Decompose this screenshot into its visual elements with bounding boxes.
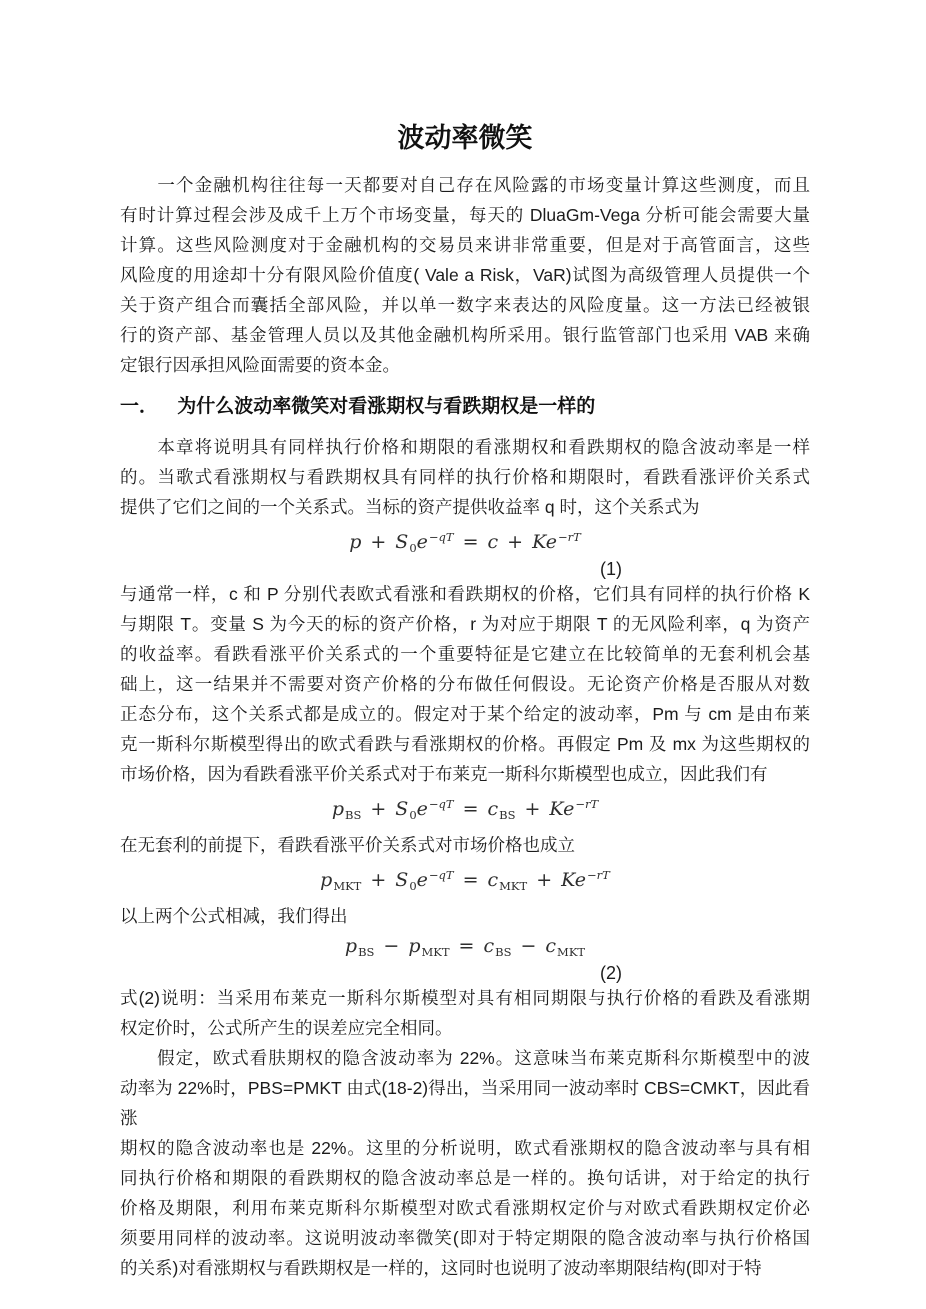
formula-token: + [536, 869, 552, 891]
formula-token: K [532, 531, 546, 553]
formula-token: + [370, 869, 386, 891]
formula-token: e−qT [417, 798, 454, 820]
text-line: 本章将说明具有同样执行价格和期限的看涨期权和看跌期权的隐含波动率是一样 [120, 432, 810, 462]
formula-bs-block: pBS+S0e−qT=cBS+Ke−rT [120, 789, 810, 830]
formula-1-expression: p+S0e−qT=c+Ke−rT [120, 522, 810, 563]
formula-2-block: pBS−pMKT=cBS−cMKT (2) [120, 931, 810, 983]
section-heading: 一． 为什么波动率微笑对看涨期权与看跌期权是一样的 [120, 392, 810, 422]
formula-token: − [383, 935, 399, 957]
text-subtract: 以上两个公式相减，我们得出 [120, 901, 810, 931]
paragraph-eq2-explain: 式(2)说明：当采用布莱克一斯科尔斯模型对具有相同期限与执行价格的看跌及看涨期权… [120, 983, 810, 1043]
formula-token: pBS [332, 798, 362, 820]
text-line: 一个金融机构往往每一天都要对自己存在风险露的市场变量计算这些测度，而且 [120, 170, 810, 200]
formula-token: pBS [345, 935, 375, 957]
text-line: 价格及期限，利用布莱克斯科尔斯模型对欧式看涨期权定价与对欧式看跌期权定价必 [120, 1193, 810, 1223]
text-line: 与期限 T。变量 S 为今天的标的资产价格，r 为对应于期限 T 的无风险利率，… [120, 609, 810, 639]
formula-token: K [549, 798, 563, 820]
formula-token: = [463, 798, 479, 820]
formula-token: = [463, 531, 479, 553]
formula-token: pMKT [320, 869, 361, 891]
formula-token: cMKT [545, 935, 585, 957]
text-line: 权定价时，公式所产生的误差应完全相同。 [120, 1013, 810, 1043]
text-line: 期权的隐含波动率也是 22%。这里的分析说明，欧式看涨期权的隐含波动率与具有相 [120, 1133, 810, 1163]
text-line: 正态分布，这个关系式都是成立的。假定对于某个给定的波动率，Pm 与 cm 是由布… [120, 699, 810, 729]
paragraph-chapter-overview: 本章将说明具有同样执行价格和期限的看涨期权和看跌期权的隐含波动率是一样的。当歌式… [120, 432, 810, 522]
formula-token: e−rT [575, 869, 610, 891]
formula-token: e−rT [563, 798, 598, 820]
text-line: 的收益率。看跌看涨平价关系式的一个重要特征是它建立在比较简单的无套利机会基 [120, 639, 810, 669]
formula-token: cBS [483, 935, 511, 957]
formula-token: e−qT [417, 531, 454, 553]
text-line: 关于资产组合而囊括全部风险，并以单一数字来表达的风险度量。这一方法已经被银 [120, 290, 810, 320]
text-line: 提供了它们之间的一个关系式。当标的资产提供收益率 q 时，这个关系式为 [120, 492, 810, 522]
text-line: 动率为 22%时，PBS=PMKT 由式(18-2)得出，当采用同一波动率时 C… [120, 1073, 810, 1133]
document-title: 波动率微笑 [120, 118, 810, 158]
formula-token: e−rT [546, 531, 581, 553]
text-line: 的。当歌式看涨期权与看跌期权具有同样的执行价格和期限时，看跌看涨评价关系式 [120, 462, 810, 492]
formula-token: p [349, 531, 361, 553]
text-line: 与通常一样，c 和 P 分别代表欧式看涨和看跌期权的价格，它们具有同样的执行价格… [120, 579, 810, 609]
formula-token: + [524, 798, 540, 820]
formula-token: cMKT [487, 869, 527, 891]
text-line: 市场价格，因为看跌看涨平价关系式对于布莱克一斯科尔斯模型也成立，因此我们有 [120, 759, 810, 789]
text-line: 风险度的用途却十分有限风险价值度( Vale a Risk，VaR)试图为高级管… [120, 260, 810, 290]
formula-token: + [507, 531, 523, 553]
text-line: 须要用同样的波动率。这说明波动率微笑(即对于特定期限的隐含波动率与执行价格国 [120, 1223, 810, 1253]
formula-mkt-block: pMKT+S0e−qT=cMKT+Ke−rT [120, 860, 810, 901]
paragraph-intro: 一个金融机构往往每一天都要对自己存在风险露的市场变量计算这些测度，而且有时计算过… [120, 170, 810, 380]
text-line: 础上，这一结果并不需要对资产价格的分布做任何假设。无论资产价格是否服从对数 [120, 669, 810, 699]
formula-token: S0 [395, 531, 416, 553]
formula-token: S0 [395, 798, 416, 820]
formula-2-expression: pBS−pMKT=cBS−cMKT [120, 931, 810, 967]
formula-token: pMKT [408, 935, 449, 957]
formula-1-block: p+S0e−qT=c+Ke−rT (1) [120, 522, 810, 579]
formula-token: = [463, 869, 479, 891]
text-line: 式(2)说明：当采用布莱克一斯科尔斯模型对具有相同期限与执行价格的看跌及看涨期 [120, 983, 810, 1013]
formula-token: S0 [395, 869, 416, 891]
paragraph-parity-explain: 与通常一样，c 和 P 分别代表欧式看涨和看跌期权的价格，它们具有同样的执行价格… [120, 579, 810, 789]
text-no-arbitrage: 在无套利的前提下，看跌看涨平价关系式对市场价格也成立 [120, 830, 810, 860]
formula-1-label: (1) [600, 559, 810, 579]
formula-token: K [561, 869, 575, 891]
formula-token: = [459, 935, 475, 957]
text-line: 计算。这些风险测度对于金融机构的交易员来讲非常重要，但是对于高管面言，这些 [120, 230, 810, 260]
formula-token: e−qT [417, 869, 454, 891]
text-line: 同执行价格和期限的看跌期权的隐含波动率总是一样的。换句话讲，对于给定的执行 [120, 1163, 810, 1193]
section-heading-text: 为什么波动率微笑对看涨期权与看跌期权是一样的 [177, 396, 595, 417]
formula-token: − [520, 935, 536, 957]
formula-token: c [487, 531, 498, 553]
formula-token: + [370, 798, 386, 820]
formula-token: cBS [487, 798, 515, 820]
formula-token: + [370, 531, 386, 553]
section-number: 一． [120, 396, 158, 417]
formula-mkt-expression: pMKT+S0e−qT=cMKT+Ke−rT [120, 860, 810, 901]
text-line: 有时计算过程会涉及成千上万个市场变量，每天的 DluaGm-Vega 分析可能会… [120, 200, 810, 230]
formula-2-label: (2) [600, 963, 810, 983]
text-line: 的关系)对看涨期权与看跌期权是一样的，这同时也说明了波动率期限结构(即对于特 [120, 1253, 810, 1283]
text-line: 行的资产部、基金管理人员以及其他金融机构所采用。银行监管部门也采用 VAB 来确 [120, 320, 810, 350]
text-line: 克一斯科尔斯模型得出的欧式看跌与看涨期权的价格。再假定 Pm 及 mx 为这些期… [120, 729, 810, 759]
text-line: 定银行因承担风险面需要的资本金。 [120, 350, 810, 380]
text-line: 假定，欧式看肤期权的隐含波动率为 22%。这意味当布莱克斯科尔斯模型中的波 [120, 1043, 810, 1073]
formula-bs-expression: pBS+S0e−qT=cBS+Ke−rT [120, 789, 810, 830]
document-page: 波动率微笑 一个金融机构往往每一天都要对自己存在风险露的市场变量计算这些测度，而… [0, 0, 926, 1309]
paragraph-assume-22pct: 假定，欧式看肤期权的隐含波动率为 22%。这意味当布莱克斯科尔斯模型中的波动率为… [120, 1043, 810, 1283]
